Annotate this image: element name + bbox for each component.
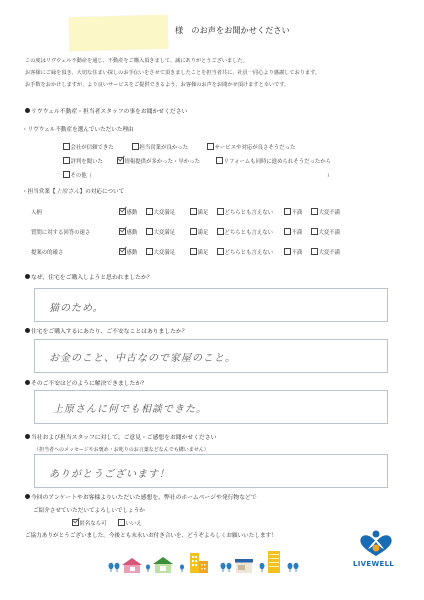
- reason-option-2[interactable]: サービスや対応が良さそうだった: [207, 143, 295, 151]
- townscape-icon: [108, 551, 304, 575]
- handwritten-answer: 猫のため。: [49, 299, 104, 314]
- checkbox[interactable]: [217, 248, 224, 255]
- intro-line-1: この度はリヴウェル不動産を通じ、不動産をご購入頂きまして、誠にありがとうございま…: [25, 57, 248, 64]
- handwritten-answer: 上原さんに何でも相談できた。: [53, 400, 207, 415]
- question-3-heading: そのご不安はどのように解決できましたか？: [25, 378, 147, 387]
- bullet-icon: [25, 274, 30, 279]
- checkbox[interactable]: [311, 228, 318, 235]
- checkbox[interactable]: [146, 208, 153, 215]
- checkbox[interactable]: [146, 228, 153, 235]
- answer-box-3[interactable]: 上原さんに何でも相談できた。: [34, 390, 388, 424]
- checkbox[interactable]: [217, 208, 224, 215]
- rating-option[interactable]: 満足: [190, 228, 208, 236]
- consent-heading: 今回のアンケートやお客様よりいただいた感想を、弊社のホームページや発行物などで: [25, 492, 257, 501]
- reason-option-other[interactable]: その他（: [63, 171, 92, 179]
- checkbox[interactable]: [217, 228, 224, 235]
- checkbox[interactable]: [284, 248, 291, 255]
- rating-option[interactable]: 感動: [119, 228, 137, 236]
- checkbox[interactable]: [63, 143, 70, 150]
- customer-name-field[interactable]: [69, 15, 169, 52]
- checkbox[interactable]: [311, 208, 318, 215]
- rating-option[interactable]: 大変満足: [146, 248, 175, 256]
- bullet-icon: [25, 108, 30, 113]
- section-staff-heading: リヴウェル不動産・担当者スタッフの事をお聞かせください: [25, 106, 187, 115]
- rating-option[interactable]: 大変満足: [146, 228, 175, 236]
- handwritten-answer: ありがとうございます！: [49, 465, 170, 480]
- rating-option[interactable]: どちらとも言えない: [217, 208, 273, 216]
- reason-option-1[interactable]: 担当営業が良かった: [132, 143, 188, 151]
- checkbox[interactable]: [216, 157, 223, 164]
- question-4-heading: 当社および担当スタッフに対して、ご意見・ご感想をお聞かせください: [25, 432, 216, 441]
- rating-option[interactable]: 大変不満: [311, 208, 340, 216]
- checkbox[interactable]: [132, 143, 139, 150]
- checkbox[interactable]: [311, 248, 318, 255]
- livewell-logo-icon: [352, 530, 400, 560]
- consent-heading-line2: ご紹介させていただいてよろしいでしょうか: [33, 506, 145, 514]
- checkbox[interactable]: [190, 208, 197, 215]
- rating-option[interactable]: 不満: [284, 248, 302, 256]
- logo-text: LIVEWELL: [353, 560, 394, 568]
- intro-line-3: お手数をおかけしますが、より良いサービスをご提供できるよう、お客様のお声をお聞か…: [25, 81, 289, 88]
- reasons-label: ・リヴウェル不動産を選んでいただいた理由: [22, 125, 134, 133]
- checkbox-checked[interactable]: [72, 519, 79, 526]
- answer-box-2[interactable]: お金のこと、中古なので家屋のこと。: [34, 339, 388, 373]
- page-title: 様 のお声をお聞かせください: [175, 25, 290, 36]
- reason-option-5[interactable]: リフォームも同時に進められそうだったから: [216, 157, 331, 165]
- rating-option[interactable]: 満足: [190, 208, 208, 216]
- intro-line-2: お客様にご縁を頂き、大切な住まい探しのお手伝いをさせて頂きましたことを担当者共に…: [25, 69, 320, 76]
- checkbox-checked[interactable]: [119, 248, 126, 255]
- answer-box-4[interactable]: ありがとうございます！: [34, 454, 388, 488]
- bullet-icon: [25, 494, 30, 499]
- rating-option[interactable]: 大変満足: [146, 208, 175, 216]
- checkbox[interactable]: [207, 143, 214, 150]
- townscape-illustration: [108, 551, 304, 575]
- reason-option-0[interactable]: 会社が信頼できた: [63, 143, 114, 151]
- answer-box-1[interactable]: 猫のため。: [34, 288, 388, 322]
- checkbox[interactable]: [284, 208, 291, 215]
- rating-option[interactable]: 感動: [119, 208, 137, 216]
- checkbox[interactable]: [63, 171, 70, 178]
- rating-option[interactable]: 不満: [284, 228, 302, 236]
- staff-rating-label: ・担当営業【上原さん】の対応について: [22, 186, 124, 195]
- consent-option-no[interactable]: いいえ: [118, 519, 142, 527]
- livewell-logo: LIVEWELL: [352, 530, 400, 572]
- reason-option-3[interactable]: 評判を聞いた: [63, 157, 103, 165]
- rating-option[interactable]: どちらとも言えない: [217, 228, 273, 236]
- checkbox-checked[interactable]: [119, 208, 126, 215]
- other-close-paren: ）: [327, 171, 332, 179]
- handwritten-answer: お金のこと、中古なので家屋のこと。: [49, 349, 236, 364]
- checkbox[interactable]: [284, 228, 291, 235]
- checkbox-checked[interactable]: [119, 228, 126, 235]
- rating-option[interactable]: 大変不満: [311, 228, 340, 236]
- bullet-icon: [25, 328, 30, 333]
- rating-option[interactable]: 感動: [119, 248, 137, 256]
- question-2-heading: 住宅をご購入するにあたり、ご不安なことはありましたか？: [25, 326, 188, 335]
- rating-option[interactable]: 不満: [284, 208, 302, 216]
- checkbox[interactable]: [118, 519, 125, 526]
- thank-you-message: ご協力ありがとうございました。今後とも末永いお付き合いを、どうぞよろしくお願いい…: [25, 531, 277, 539]
- rating-option[interactable]: どちらとも言えない: [217, 248, 273, 256]
- checkbox[interactable]: [190, 248, 197, 255]
- rating-option[interactable]: 大変不満: [311, 248, 340, 256]
- rating-row-label: 提案の的確さ: [31, 248, 63, 256]
- rating-row-label: 質問に対する回答の速さ: [31, 228, 90, 236]
- checkbox[interactable]: [63, 157, 70, 164]
- question-4-subheading: （担当者へのメッセージやお褒め・お叱りのお言葉などなんでも構いません）: [34, 446, 209, 453]
- reason-option-4[interactable]: 情報提供が多かった・早かった: [117, 157, 200, 165]
- bullet-icon: [25, 434, 30, 439]
- bullet-icon: [25, 380, 30, 385]
- checkbox[interactable]: [146, 248, 153, 255]
- consent-option-anonymous[interactable]: 匿名なら可: [72, 519, 106, 527]
- rating-row-label: 人柄: [31, 208, 42, 216]
- staff-name-handwritten: 上原さん: [56, 188, 80, 195]
- question-1-heading: なぜ、住宅をご購入しようと思われましたか？: [25, 272, 153, 281]
- checkbox[interactable]: [190, 228, 197, 235]
- rating-option[interactable]: 満足: [190, 248, 208, 256]
- checkbox-checked[interactable]: [117, 157, 124, 164]
